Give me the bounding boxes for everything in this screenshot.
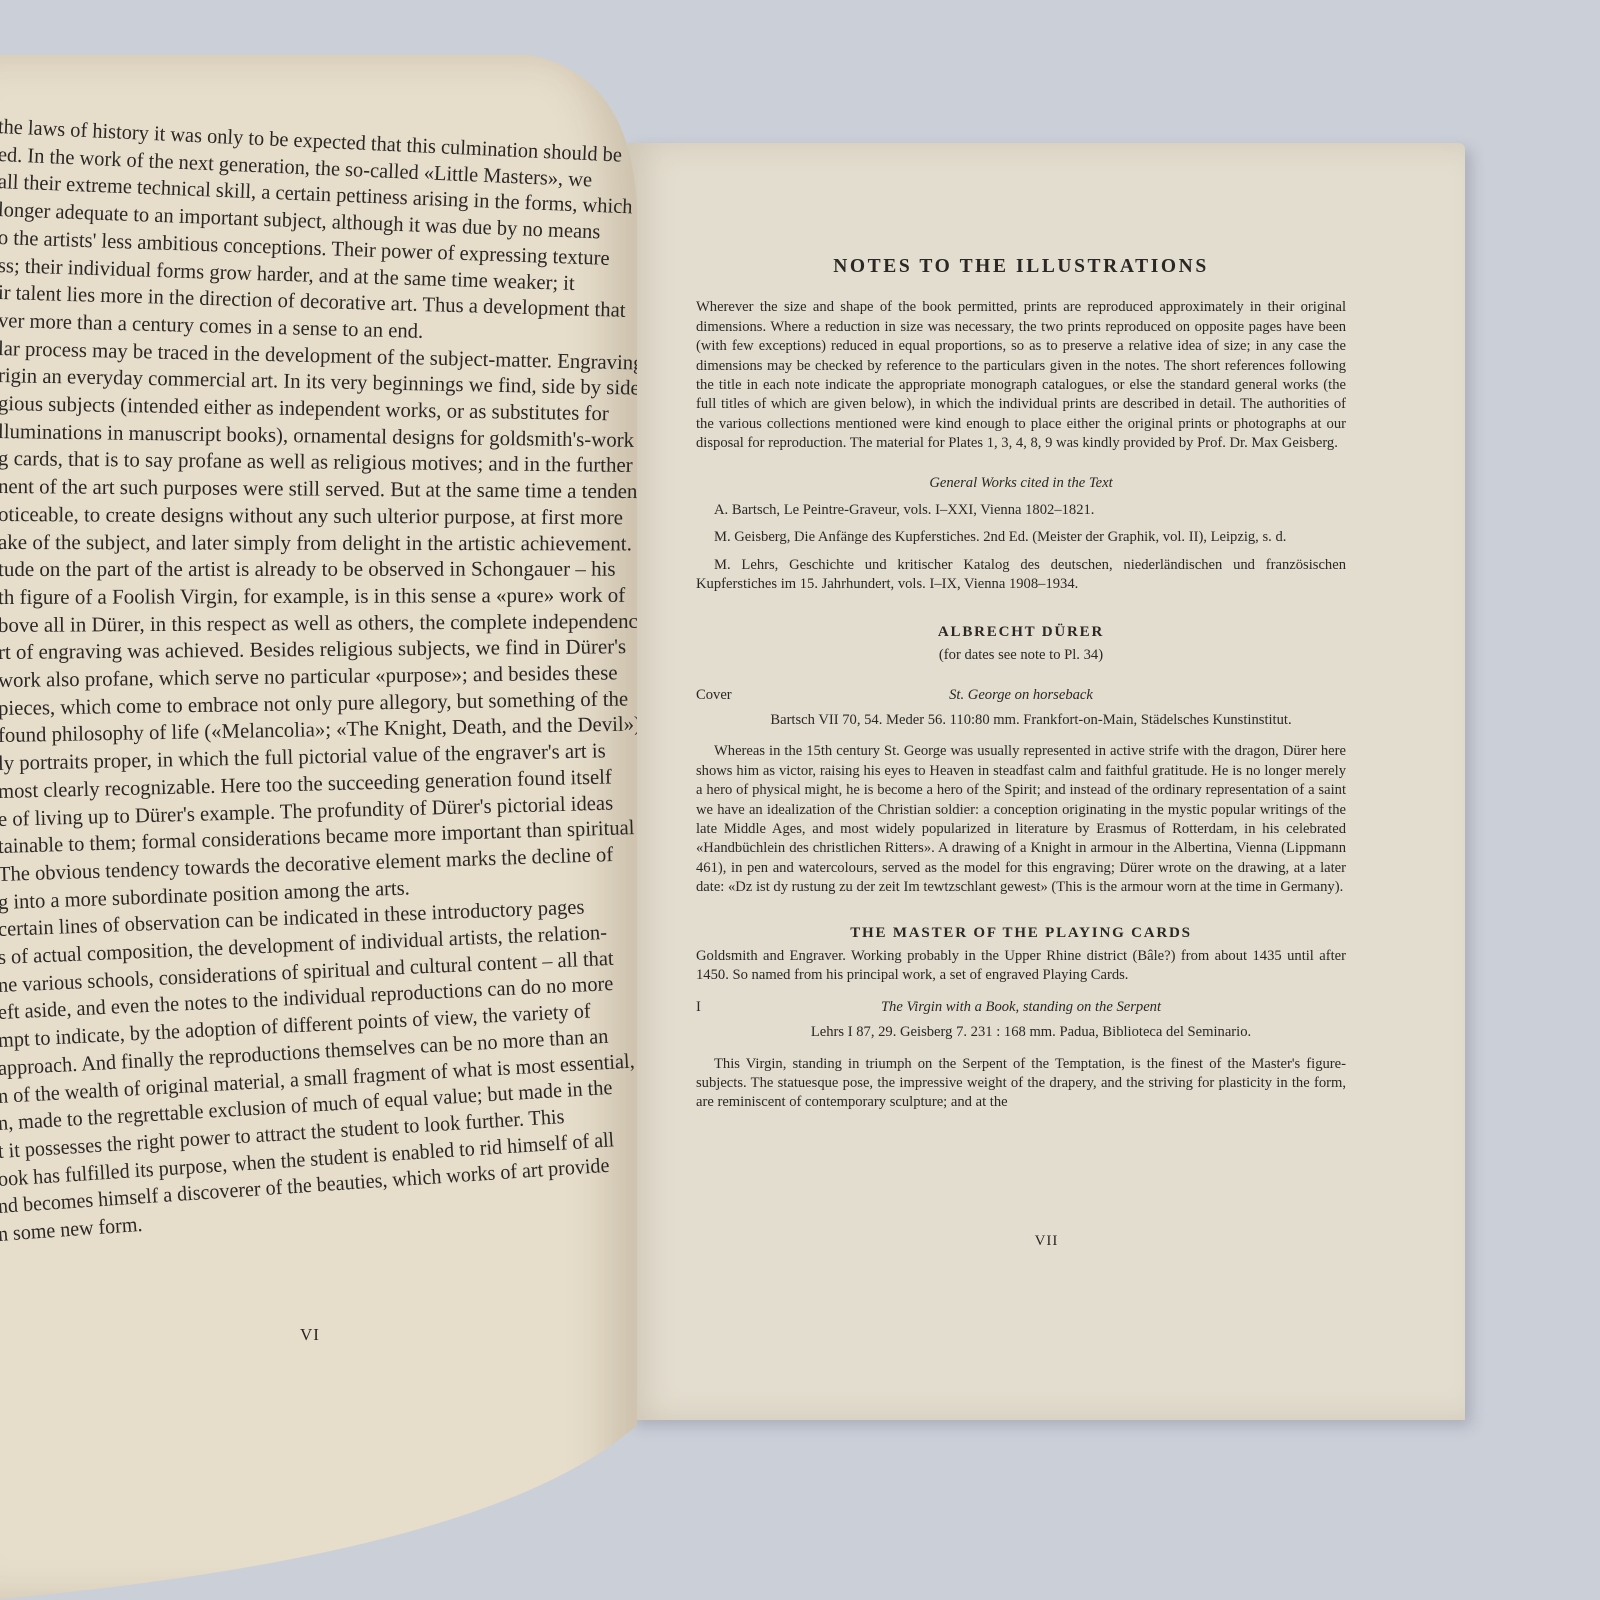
- plate-label: Cover: [696, 686, 732, 705]
- catalog-reference: Bartsch VII 70, 54. Meder 56. 110:80 mm.…: [696, 711, 1346, 730]
- right-page: Notes to the Illustrations Wherever the …: [628, 143, 1465, 1420]
- artist-bio: Goldsmith and Engraver. Working probably…: [696, 947, 1346, 986]
- left-page-line: tude on the part of the artist is alread…: [0, 556, 616, 584]
- page-number: VI: [300, 1325, 320, 1345]
- plate-title: St. George on horseback: [696, 686, 1346, 705]
- plate-label: I: [696, 998, 701, 1017]
- section-durer: Albrecht Dürer (for dates see note to Pl…: [696, 623, 1346, 898]
- plate-row: I The Virgin with a Book, standing on th…: [696, 998, 1346, 1017]
- artist-note: (for dates see note to Pl. 34): [696, 646, 1346, 665]
- left-page-line: ake of the subject, and later simply fro…: [0, 529, 632, 558]
- general-work-item: M. Lehrs, Geschichte und kritischer Kata…: [696, 556, 1346, 595]
- right-page-content: Notes to the Illustrations Wherever the …: [696, 257, 1346, 1113]
- left-page-line: th figure of a Foolish Virgin, for examp…: [0, 582, 625, 612]
- catalog-reference: Lehrs I 87, 29. Geisberg 7. 231 : 168 mm…: [696, 1023, 1346, 1042]
- page-number: VII: [628, 1233, 1465, 1250]
- plate-description: This Virgin, standing in triumph on the …: [696, 1055, 1346, 1113]
- open-book: Notes to the Illustrations Wherever the …: [0, 0, 1600, 1600]
- left-page-line: oticeable, to create designs without any…: [0, 501, 623, 532]
- general-work-item: M. Geisberg, Die Anfänge des Kupferstich…: [696, 528, 1346, 547]
- plate-description: Whereas in the 15th century St. George w…: [696, 742, 1346, 897]
- artist-heading: Albrecht Dürer: [696, 623, 1346, 642]
- general-works-heading: General Works cited in the Text: [696, 474, 1346, 493]
- intro-paragraph: Wherever the size and shape of the book …: [696, 298, 1346, 453]
- artist-heading: The Master of the Playing Cards: [696, 924, 1346, 943]
- plate-row: Cover St. George on horseback: [696, 686, 1346, 705]
- section-master-playing-cards: The Master of the Playing Cards Goldsmit…: [696, 924, 1346, 1113]
- page-title: Notes to the Illustrations: [696, 257, 1346, 276]
- left-page: the laws of history it was only to be ex…: [0, 55, 637, 1600]
- plate-title: The Virgin with a Book, standing on the …: [696, 998, 1346, 1017]
- general-work-item: A. Bartsch, Le Peintre-Graveur, vols. I–…: [696, 501, 1346, 520]
